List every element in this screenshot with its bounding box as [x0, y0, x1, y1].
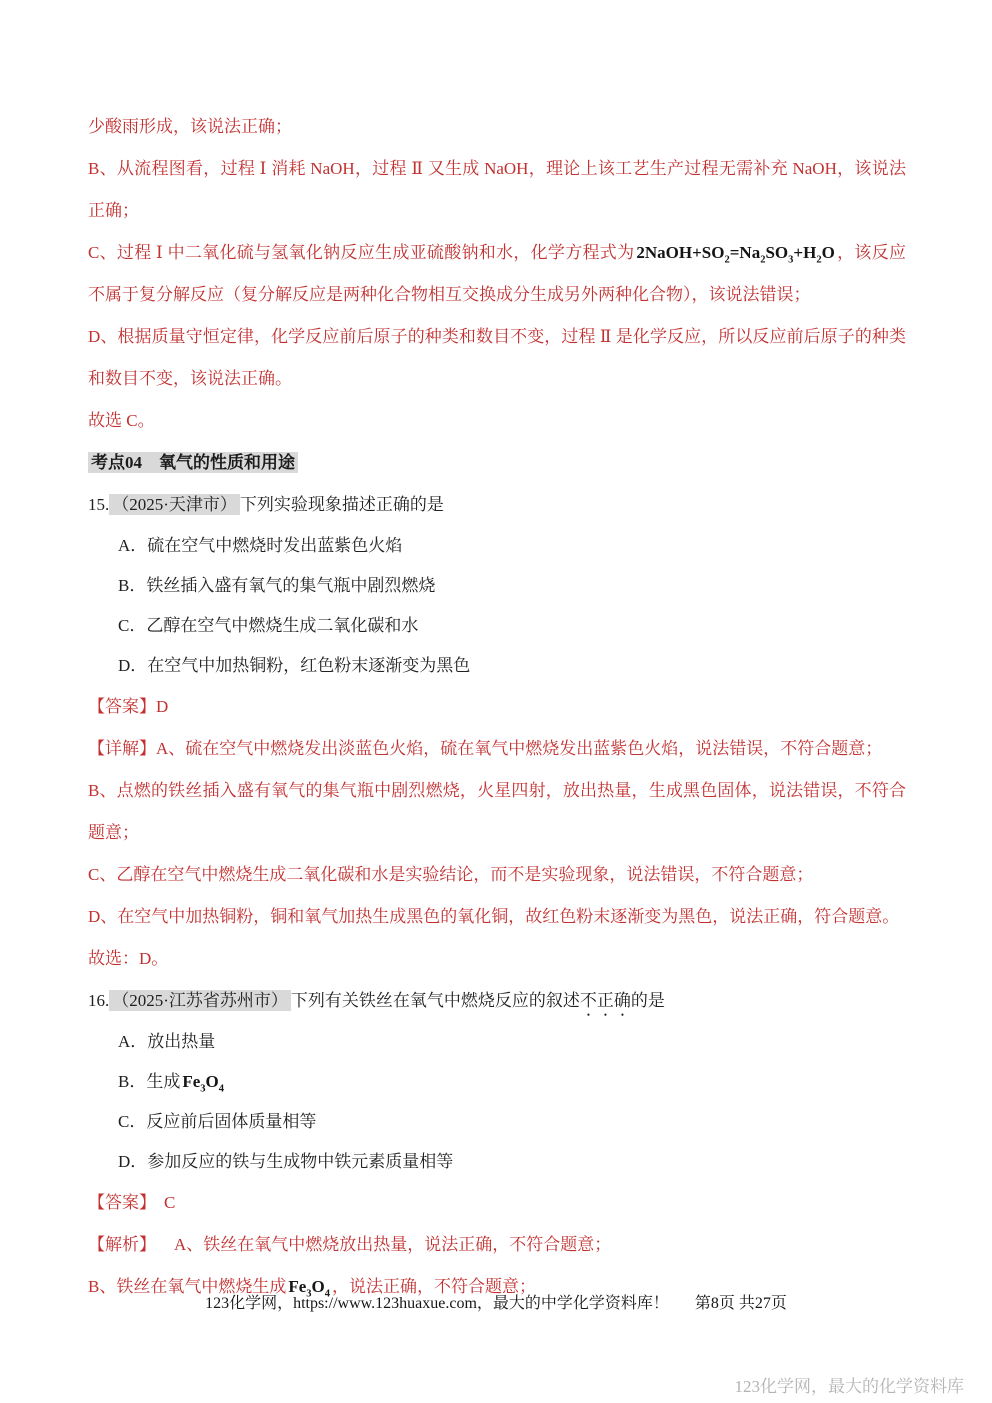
question-15: 15.（2025·天津市）下列实验现象描述正确的是 A．硫在空气中燃烧时发出蓝紫… [88, 484, 906, 980]
question-15-option-c: C．乙醇在空气中燃烧生成二氧化碳和水 [88, 606, 906, 646]
question-15-answer-line: 【答案】D [88, 686, 906, 728]
question-15-conclusion: 故选：D。 [88, 938, 906, 980]
question-16-option-b: B．生成Fe3O4 [88, 1062, 906, 1102]
detail-label: 【详解】 [88, 739, 156, 758]
question-16-stem-emphasis: 不正确 [580, 991, 631, 1010]
question-16-answer-line: 【答案】C [88, 1182, 906, 1224]
question-16-source-tag: （2025·江苏省苏州市） [109, 990, 291, 1011]
watermark: 123化学网，最大的化学资料库 [735, 1372, 965, 1397]
question-15-source-tag: （2025·天津市） [109, 494, 240, 515]
explanation-option-d: D、根据质量守恒定律，化学反应前后原子的种类和数目不变，过程 Ⅱ 是化学反应，所… [88, 316, 906, 400]
question-16-option-a: A．放出热量 [88, 1022, 906, 1062]
explanation-continuation: 少酸雨形成，该说法正确； [88, 106, 906, 148]
document-body: 少酸雨形成，该说法正确； B、从流程图看，过程 Ⅰ 消耗 NaOH，过程 Ⅱ 又… [88, 106, 906, 1308]
question-16-option-c: C．反应前后固体质量相等 [88, 1102, 906, 1142]
footer-page-number: 第8页 共27页 [695, 1295, 787, 1312]
question-16-option-d: D．参加反应的铁与生成物中铁元素质量相等 [88, 1142, 906, 1182]
question-15-number: 15. [88, 495, 109, 514]
question-15-detail-c: C、乙醇在空气中燃烧生成二氧化碳和水是实验结论，而不是实验现象，说法错误，不符合… [88, 854, 906, 896]
page-footer: 123化学网，https://www.123huaxue.com，最大的中学化学… [0, 1290, 992, 1313]
answer-label: 【答案】 [88, 1193, 156, 1212]
question-15-stem: 下列实验现象描述正确的是 [240, 495, 444, 514]
topic-heading-line: 考点04 氧气的性质和用途 [88, 442, 906, 484]
question-15-option-b: B．铁丝插入盛有氧气的集气瓶中剧烈燃烧 [88, 566, 906, 606]
question-15-stem-line: 15.（2025·天津市）下列实验现象描述正确的是 [88, 484, 906, 526]
analysis-text-a: A、铁丝在氧气中燃烧放出热量，说法正确，不符合题意； [174, 1235, 611, 1254]
question-15-option-a: A．硫在空气中燃烧时发出蓝紫色火焰 [88, 526, 906, 566]
answer-label: 【答案】 [88, 697, 156, 716]
document-page: 少酸雨形成，该说法正确； B、从流程图看，过程 Ⅰ 消耗 NaOH，过程 Ⅱ 又… [0, 0, 992, 1403]
question-16-stem-prefix: 下列有关铁丝在氧气中燃烧反应的叙述 [291, 991, 580, 1010]
question-16-stem-suffix: 的是 [631, 991, 665, 1010]
detail-text-a: A、硫在空气中燃烧发出淡蓝色火焰，硫在氧气中燃烧发出蓝紫色火焰，说法错误，不符合… [156, 739, 882, 758]
question-15-detail-a: 【详解】A、硫在空气中燃烧发出淡蓝色火焰，硫在氧气中燃烧发出蓝紫色火焰，说法错误… [88, 728, 906, 770]
question-16-stem-line: 16.（2025·江苏省苏州市）下列有关铁丝在氧气中燃烧反应的叙述不正确的是 [88, 980, 906, 1022]
prev-question-explanation: 少酸雨形成，该说法正确； B、从流程图看，过程 Ⅰ 消耗 NaOH，过程 Ⅱ 又… [88, 106, 906, 442]
question-16-number: 16. [88, 991, 109, 1010]
footer-site-text: 123化学网，https://www.123huaxue.com，最大的中学化学… [205, 1295, 669, 1312]
prev-conclusion: 故选 C。 [88, 400, 906, 442]
question-16-analysis-a: 【解析】A、铁丝在氧气中燃烧放出热量，说法正确，不符合题意； [88, 1224, 906, 1266]
question-16-answer: C [164, 1193, 175, 1212]
question-15-detail-d: D、在空气中加热铜粉，铜和氧气加热生成黑色的氧化铜，故红色粉末逐渐变为黑色，说法… [88, 896, 906, 938]
topic-heading: 考点04 氧气的性质和用途 [88, 452, 298, 473]
analysis-label: 【解析】 [88, 1235, 156, 1254]
explanation-option-c: C、过程 Ⅰ 中二氧化硫与氢氧化钠反应生成亚硫酸钠和水，化学方程式为2NaOH+… [88, 232, 906, 316]
explanation-option-b: B、从流程图看，过程 Ⅰ 消耗 NaOH，过程 Ⅱ 又生成 NaOH，理论上该工… [88, 148, 906, 232]
question-15-answer: D [156, 697, 168, 716]
question-16: 16.（2025·江苏省苏州市）下列有关铁丝在氧气中燃烧反应的叙述不正确的是 A… [88, 980, 906, 1308]
question-15-detail-b: B、点燃的铁丝插入盛有氧气的集气瓶中剧烈燃烧，火星四射，放出热量，生成黑色固体，… [88, 770, 906, 854]
question-15-option-d: D．在空气中加热铜粉，红色粉末逐渐变为黑色 [88, 646, 906, 686]
